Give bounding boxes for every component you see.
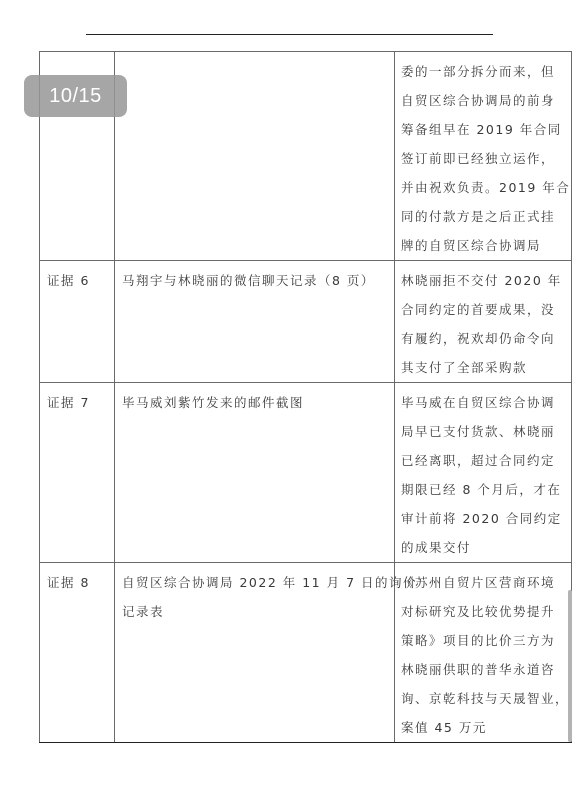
evidence-table: 委的一部分拆分而来，但 自贸区综合协调局的前身 筹备组早在 2019 年合同 签… bbox=[39, 51, 572, 743]
purpose-line: 并由祝欢负责。2019 年合 bbox=[401, 173, 567, 202]
purpose-line: 策略》项目的比价三方为 bbox=[401, 626, 567, 655]
page-header-rule bbox=[86, 34, 493, 35]
evidence-id-cell: 证据 7 bbox=[40, 383, 115, 563]
purpose-line: 询、京乾科技与天晟智业， bbox=[401, 684, 567, 713]
description-line: 毕马威刘紫竹发来的邮件截图 bbox=[122, 388, 394, 417]
evidence-id-cell: 证据 6 bbox=[40, 261, 115, 383]
purpose-line: 对标研究及比较优势提升 bbox=[401, 597, 567, 626]
purpose-line: 其支付了全部采购款 bbox=[401, 353, 567, 382]
page-indicator-badge: 10/15 bbox=[24, 75, 127, 117]
purpose-line: 期限已经 8 个月后，才在 bbox=[401, 475, 567, 504]
evidence-purpose-cell: 《苏州自贸片区营商环境 对标研究及比较优势提升 策略》项目的比价三方为 林晓丽供… bbox=[395, 563, 572, 743]
vertical-scrollbar-thumb[interactable] bbox=[568, 590, 572, 742]
purpose-line: 局早已支付货款、林晓丽 bbox=[401, 417, 567, 446]
purpose-line: 有履约，祝欢却仍命令向 bbox=[401, 324, 567, 353]
purpose-line: 审计前将 2020 合同约定 bbox=[401, 504, 567, 533]
purpose-line: 筹备组早在 2019 年合同 bbox=[401, 115, 567, 144]
evidence-purpose-cell: 林晓丽拒不交付 2020 年 合同约定的首要成果，没 有履约，祝欢却仍命令向 其… bbox=[395, 261, 572, 383]
purpose-line: 案值 45 万元 bbox=[401, 713, 567, 742]
description-line: 马翔宇与林晓丽的微信聊天记录（8 页） bbox=[122, 266, 394, 295]
evidence-description-cell: 自贸区综合协调局 2022 年 11 月 7 日的询价 记录表 bbox=[115, 563, 395, 743]
purpose-line: 的成果交付 bbox=[401, 533, 567, 562]
purpose-line: 签订前即已经独立运作， bbox=[401, 144, 567, 173]
purpose-line: 《苏州自贸片区营商环境 bbox=[401, 568, 567, 597]
purpose-line: 委的一部分拆分而来，但 bbox=[401, 57, 567, 86]
table-row-evidence-7: 证据 7 毕马威刘紫竹发来的邮件截图 毕马威在自贸区综合协调 局早已支付货款、林… bbox=[40, 383, 572, 563]
purpose-line: 牌的自贸区综合协调局 bbox=[401, 231, 567, 260]
table-row-evidence-6: 证据 6 马翔宇与林晓丽的微信聊天记录（8 页） 林晓丽拒不交付 2020 年 … bbox=[40, 261, 572, 383]
purpose-line: 毕马威在自贸区综合协调 bbox=[401, 388, 567, 417]
purpose-line: 林晓丽供职的普华永道咨 bbox=[401, 655, 567, 684]
evidence-description-cell: 毕马威刘紫竹发来的邮件截图 bbox=[115, 383, 395, 563]
purpose-line: 合同约定的首要成果，没 bbox=[401, 295, 567, 324]
evidence-id-cell: 证据 8 bbox=[40, 563, 115, 743]
purpose-line: 已经离职，超过合同约定 bbox=[401, 446, 567, 475]
description-line: 记录表 bbox=[122, 597, 394, 626]
evidence-purpose-cell: 委的一部分拆分而来，但 自贸区综合协调局的前身 筹备组早在 2019 年合同 签… bbox=[395, 52, 572, 261]
purpose-line: 林晓丽拒不交付 2020 年 bbox=[401, 266, 567, 295]
evidence-description-cell: 马翔宇与林晓丽的微信聊天记录（8 页） bbox=[115, 261, 395, 383]
purpose-line: 同的付款方是之后正式挂 bbox=[401, 202, 567, 231]
description-line: 自贸区综合协调局 2022 年 11 月 7 日的询价 bbox=[122, 568, 394, 597]
evidence-description-cell bbox=[115, 52, 395, 261]
purpose-line: 自贸区综合协调局的前身 bbox=[401, 86, 567, 115]
table-row-evidence-8: 证据 8 自贸区综合协调局 2022 年 11 月 7 日的询价 记录表 《苏州… bbox=[40, 563, 572, 743]
evidence-purpose-cell: 毕马威在自贸区综合协调 局早已支付货款、林晓丽 已经离职，超过合同约定 期限已经… bbox=[395, 383, 572, 563]
